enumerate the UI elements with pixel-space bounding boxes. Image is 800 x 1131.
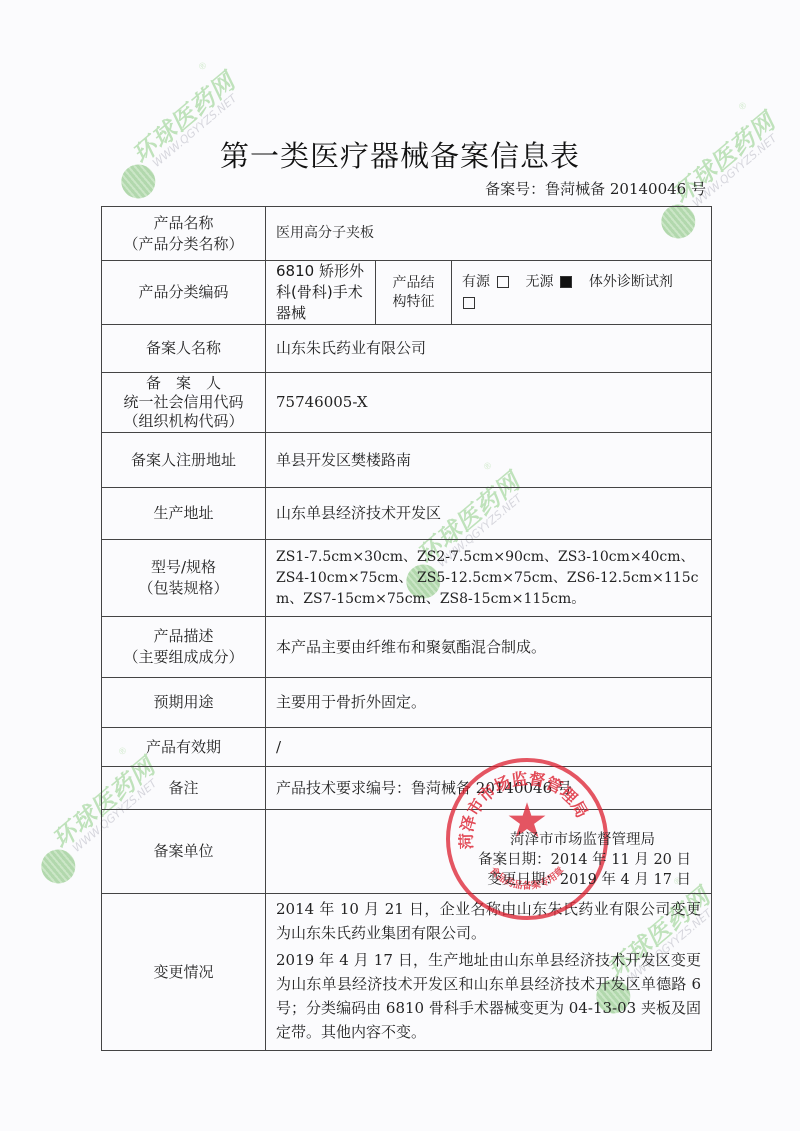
row-registered-address: 备案人注册地址 单县开发区樊楼路南 <box>102 433 712 488</box>
checkbox-passive-checked[interactable] <box>560 276 572 288</box>
option-active: 有源 <box>462 274 515 290</box>
label-line: （包装规格） <box>112 578 255 599</box>
option-label: 无源 <box>525 274 553 290</box>
row-description: 产品描述 （主要组成成分） 本产品主要由纤维布和聚氨酯混合制成。 <box>102 617 712 678</box>
model-spec-label: 型号/规格 （包装规格） <box>102 540 266 617</box>
remarks-label: 备注 <box>102 767 266 810</box>
label-line: 产品名称 <box>112 213 255 234</box>
registered-mark: ® <box>737 100 750 113</box>
structure-feature-options: 有源 无源 体外诊断试剂 <box>452 261 712 325</box>
row-validity: 产品有效期 / <box>102 728 712 767</box>
option-label: 体外诊断试剂 <box>589 274 673 290</box>
label-line: （组织机构代码） <box>112 412 255 431</box>
production-address-value: 山东单县经济技术开发区 <box>266 488 712 540</box>
label-line: 备 案 人 <box>112 374 255 393</box>
model-spec-value: ZS1-7.5cm×30cm、ZS2-7.5cm×90cm、ZS3-10cm×4… <box>266 540 712 617</box>
row-credit-code: 备 案 人 统一社会信用代码 （组织机构代码） 75746005-X <box>102 373 712 433</box>
row-registrant-name: 备案人名称 山东朱氏药业有限公司 <box>102 325 712 373</box>
label-line: 统一社会信用代码 <box>112 393 255 412</box>
product-name-value: 医用高分子夹板 <box>266 207 712 261</box>
row-product-name: 产品名称 （产品分类名称） 医用高分子夹板 <box>102 207 712 261</box>
label-line: （主要组成成分） <box>112 647 255 668</box>
filing-unit-label: 备案单位 <box>102 810 266 894</box>
validity-value: / <box>266 728 712 767</box>
production-address-label: 生产地址 <box>102 488 266 540</box>
row-production-address: 生产地址 山东单县经济技术开发区 <box>102 488 712 540</box>
credit-code-value: 75746005-X <box>266 373 712 433</box>
changes-value: 2014 年 10 月 21 日，企业名称由山东朱氏药业有限公司变更为山东朱氏药… <box>266 894 712 1051</box>
change-date: 变更日期：2019 年 4 月 17 日 <box>276 870 701 890</box>
intended-use-label: 预期用途 <box>102 678 266 728</box>
option-passive: 无源 <box>525 274 578 290</box>
classification-code-value: 6810 矫形外科(骨科)手术器械 <box>266 261 376 325</box>
row-classification: 产品分类编码 6810 矫形外科(骨科)手术器械 产品结构特征 有源 无源 体外… <box>102 261 712 325</box>
change-paragraph-2: 2019 年 4 月 17 日，生产地址由山东单县经济技术开发区变更为山东单县经… <box>276 948 701 1044</box>
row-filing-unit: 备案单位 菏泽市市场监督管理局 备案日期：2014 年 11 月 20 日 变更… <box>102 810 712 894</box>
row-remarks: 备注 产品技术要求编号：鲁菏械备 20140046 号 <box>102 767 712 810</box>
registrant-name-label: 备案人名称 <box>102 325 266 373</box>
registered-address-label: 备案人注册地址 <box>102 433 266 488</box>
change-paragraph-1: 2014 年 10 月 21 日，企业名称由山东朱氏药业有限公司变更为山东朱氏药… <box>276 897 701 945</box>
filing-date: 备案日期：2014 年 11 月 20 日 <box>276 850 701 870</box>
validity-label: 产品有效期 <box>102 728 266 767</box>
filing-info-table: 产品名称 （产品分类名称） 医用高分子夹板 产品分类编码 6810 矫形外科(骨… <box>101 206 712 1051</box>
classification-code-label: 产品分类编码 <box>102 261 266 325</box>
description-value: 本产品主要由纤维布和聚氨酯混合制成。 <box>266 617 712 678</box>
changes-label: 变更情况 <box>102 894 266 1051</box>
page-title: 第一类医疗器械备案信息表 <box>0 134 800 175</box>
registrant-name-value: 山东朱氏药业有限公司 <box>266 325 712 373</box>
row-changes: 变更情况 2014 年 10 月 21 日，企业名称由山东朱氏药业有限公司变更为… <box>102 894 712 1051</box>
record-number: 备案号：鲁菏械备 20140046 号 <box>485 178 706 199</box>
intended-use-value: 主要用于骨折外固定。 <box>266 678 712 728</box>
structure-feature-label: 产品结构特征 <box>376 261 452 325</box>
checkbox-active[interactable] <box>497 276 509 288</box>
filing-authority: 菏泽市市场监督管理局 <box>276 830 701 850</box>
row-model-spec: 型号/规格 （包装规格） ZS1-7.5cm×30cm、ZS2-7.5cm×90… <box>102 540 712 617</box>
row-intended-use: 预期用途 主要用于骨折外固定。 <box>102 678 712 728</box>
filing-unit-value: 菏泽市市场监督管理局 备案日期：2014 年 11 月 20 日 变更日期：20… <box>266 810 712 894</box>
product-name-label: 产品名称 （产品分类名称） <box>102 207 266 261</box>
checkbox-ivd[interactable] <box>463 297 475 309</box>
credit-code-label: 备 案 人 统一社会信用代码 （组织机构代码） <box>102 373 266 433</box>
option-label: 有源 <box>462 274 490 290</box>
registered-mark: ® <box>197 60 210 73</box>
remarks-value: 产品技术要求编号：鲁菏械备 20140046 号 <box>266 767 712 810</box>
description-label: 产品描述 （主要组成成分） <box>102 617 266 678</box>
label-line: 型号/规格 <box>112 557 255 578</box>
label-line: 产品描述 <box>112 626 255 647</box>
label-line: （产品分类名称） <box>112 234 255 255</box>
globe-icon <box>34 843 82 891</box>
registered-address-value: 单县开发区樊楼路南 <box>266 433 712 488</box>
